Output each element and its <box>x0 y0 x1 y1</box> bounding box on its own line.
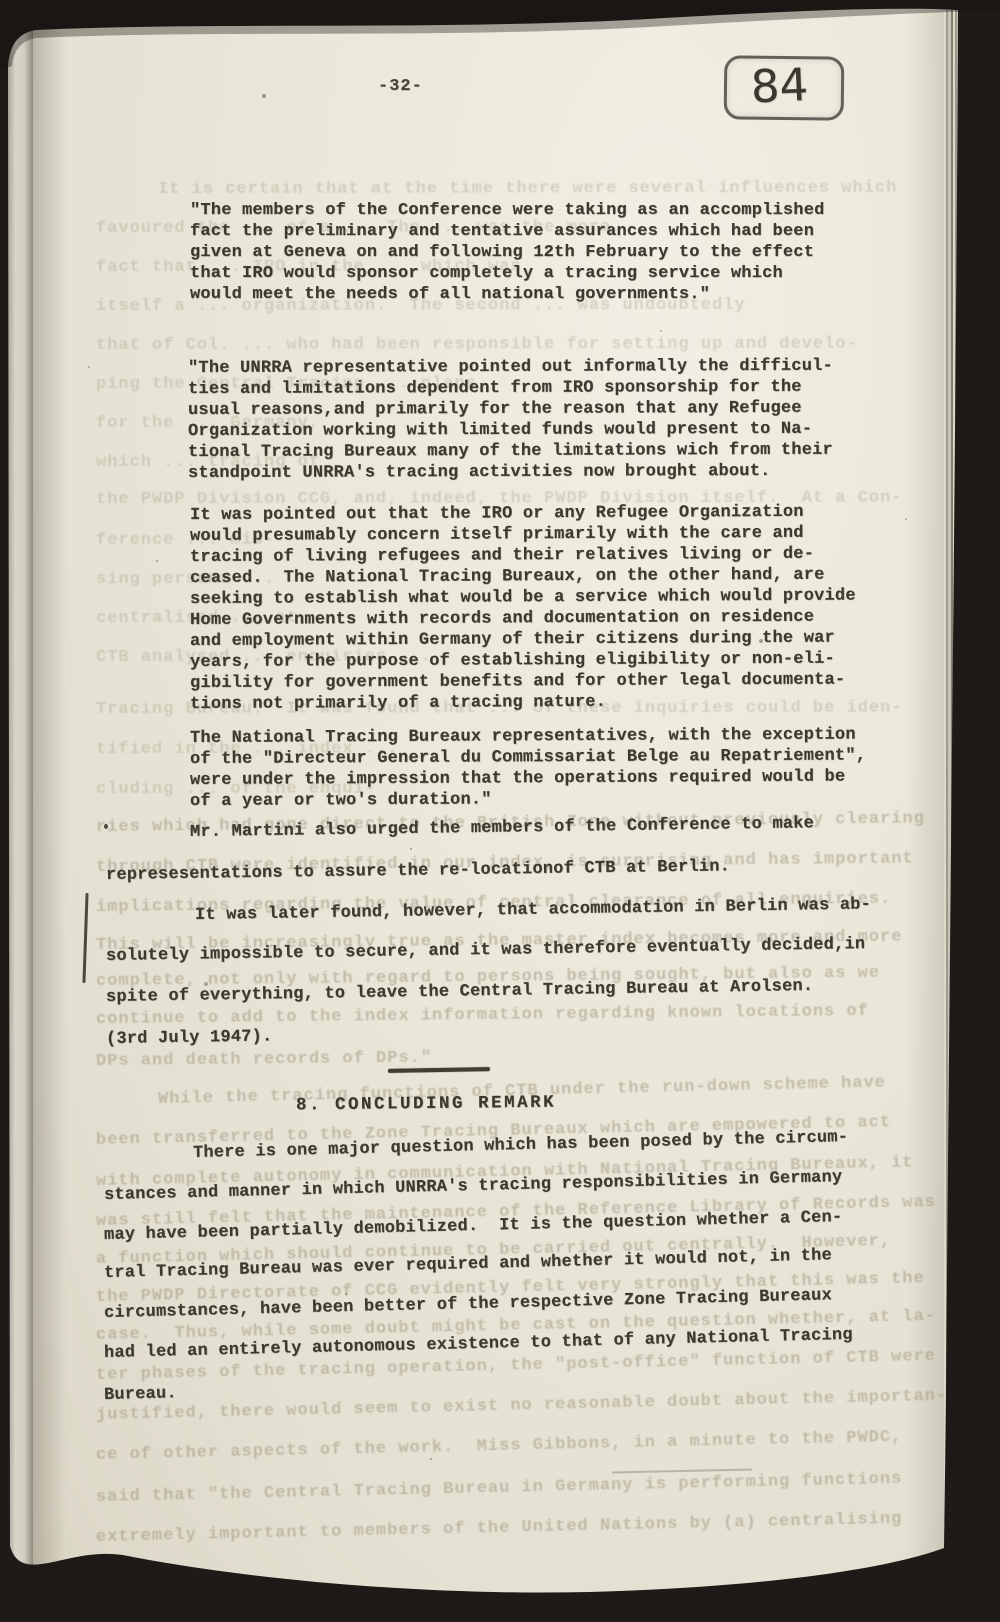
bleedthrough-line: It is certain that at the time there wer… <box>158 179 897 199</box>
para_concluding-line: Bureau. <box>104 1383 177 1406</box>
quote2-line: tional Tracing Bureaux many of the limit… <box>188 440 833 463</box>
stamp-number: 84 <box>750 57 809 112</box>
transition-line: He went on to make the following importa… <box>172 0 692 21</box>
quote1-line: that IRO would sponsor completely a trac… <box>190 263 783 284</box>
quote1-line: given at Geneva on and following 12th Fe… <box>190 242 814 263</box>
quote2-line: Organization working with limited funds … <box>188 419 812 442</box>
quote2-line: standpoint UNRRA's tracing activities no… <box>188 461 771 484</box>
quote2-line: "The UNRRA representative pointed out in… <box>188 356 833 379</box>
bleedthrough-line: DPs and death records of DPs." <box>96 1048 432 1071</box>
book-right-page-edges <box>944 10 960 1558</box>
quote4-line: of a year or two's duration." <box>190 789 492 812</box>
page-right-shading <box>905 10 945 1560</box>
quote1-line: would meet the needs of all national gov… <box>190 284 710 305</box>
dust-specks <box>0 0 2 2</box>
quote1-line: "The members of the Conference were taki… <box>190 200 825 221</box>
page-number: -32- <box>378 77 423 96</box>
quote2-line: ties and limitations dependent from IRO … <box>188 377 802 400</box>
para_berlin-line: (3rd July 1947). <box>106 1026 273 1050</box>
archive-stamp: 84 <box>724 55 845 120</box>
scanned-document-photo: It is certain that at the time there wer… <box>0 0 1000 1622</box>
quote4-line: were under the impression that the opera… <box>190 767 845 791</box>
quote2-line: usual reasons,and primarily for the reas… <box>188 398 802 421</box>
quote3-line: tions not primarily of a tracing nature. <box>190 692 606 715</box>
quote3-line: gibility for government benefits and for… <box>190 670 845 694</box>
stray-ink-dot <box>104 824 108 829</box>
book-left-page-edges <box>8 28 33 1580</box>
quote1-line: fact the preliminary and tentative assur… <box>190 221 814 242</box>
section-heading: 8. CONCLUDING REMARK <box>296 1093 556 1116</box>
gutter-shadow <box>33 10 67 1610</box>
bleedthrough-line: that of Col. ... who had been responsibl… <box>96 335 858 355</box>
